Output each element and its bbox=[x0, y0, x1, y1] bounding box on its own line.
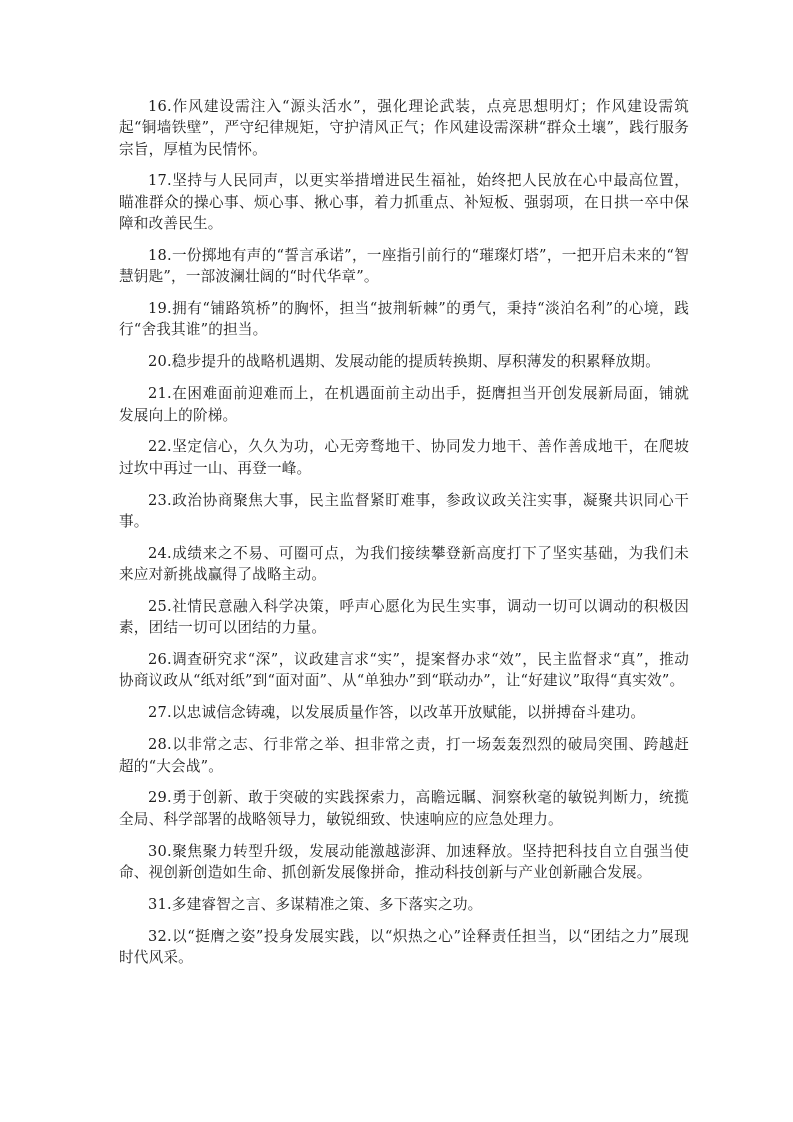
paragraph-30: 30.聚焦聚力转型升级，发展动能激越澎湃、加速释放。坚持把科技自立自强当使命、视… bbox=[119, 841, 689, 884]
paragraph-24: 24.成绩来之不易、可圈可点，为我们接续攀登新高度打下了坚实基础，为我们未来应对… bbox=[119, 543, 689, 586]
paragraph-23: 23.政治协商聚焦大事，民主监督紧盯难事，参政议政关注实事，凝聚共识同心干事。 bbox=[119, 490, 689, 533]
paragraph-26: 26.调查研究求“深”，议政建言求“实”，提案督办求“效”，民主监督求“真”，推… bbox=[119, 649, 689, 692]
paragraph-32: 32.以“挺膺之姿”投身发展实践，以“炽热之心”诠释责任担当，以“团结之力”展现… bbox=[119, 926, 689, 969]
paragraph-17: 17.坚持与人民同声，以更实举措增进民生福祉，始终把人民放在心中最高位置，瞄准群… bbox=[119, 170, 689, 234]
paragraph-22: 22.坚定信心，久久为功，心无旁骛地干、协同发力地干、善作善成地干，在爬坡过坎中… bbox=[119, 436, 689, 479]
document-page: 16.作风建设需注入“源头活水”，强化理论武装，点亮思想明灯；作风建设需筑起“铜… bbox=[119, 96, 689, 979]
paragraph-21: 21.在困难面前迎难而上，在机遇面前主动出手，挺膺担当开创发展新局面，铺就发展向… bbox=[119, 383, 689, 426]
paragraph-29: 29.勇于创新、敢于突破的实践探索力，高瞻远瞩、洞察秋毫的敏锐判断力，统揽全局、… bbox=[119, 787, 689, 830]
paragraph-16: 16.作风建设需注入“源头活水”，强化理论武装，点亮思想明灯；作风建设需筑起“铜… bbox=[119, 96, 689, 160]
paragraph-19: 19.拥有“铺路筑桥”的胸怀，担当“披荆斩棘”的勇气，秉持“淡泊名利”的心境，践… bbox=[119, 298, 689, 341]
paragraph-28: 28.以非常之志、行非常之举、担非常之责，打一场轰轰烈烈的破局突围、跨越赶超的“… bbox=[119, 734, 689, 777]
paragraph-18: 18.一份掷地有声的“誓言承诺”，一座指引前行的“璀璨灯塔”，一把开启未来的“智… bbox=[119, 245, 689, 288]
paragraph-20: 20.稳步提升的战略机遇期、发展动能的提质转换期、厚积薄发的积累释放期。 bbox=[119, 351, 689, 372]
paragraph-27: 27.以忠诚信念铸魂，以发展质量作答，以改革开放赋能，以拼搏奋斗建功。 bbox=[119, 702, 689, 723]
paragraph-25: 25.社情民意融入科学决策，呼声心愿化为民生实事，调动一切可以调动的积极因素，团… bbox=[119, 596, 689, 639]
paragraph-31: 31.多建睿智之言、多谋精准之策、多下落实之功。 bbox=[119, 894, 689, 915]
